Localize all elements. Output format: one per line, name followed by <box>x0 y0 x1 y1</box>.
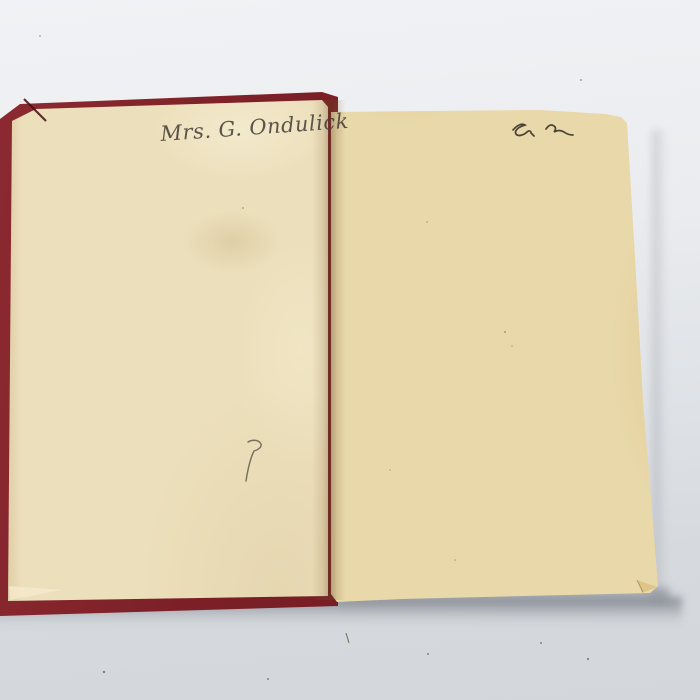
cover-corner-crease <box>24 99 46 121</box>
pencil-loop-scribble <box>513 124 534 136</box>
page-foxing-specks <box>242 207 513 561</box>
photo-scene: Mrs. G. Ondulick <box>0 0 700 700</box>
pencil-seven-mark <box>246 440 261 481</box>
handwritten-inscription: Mrs. G. Ondulick <box>159 109 350 146</box>
endpaper-corner-lift <box>9 586 62 600</box>
table-twig-speck <box>346 633 349 643</box>
marks-overlay: Mrs. G. Ondulick <box>0 0 700 700</box>
pencil-zigzag-scribble <box>546 125 573 135</box>
